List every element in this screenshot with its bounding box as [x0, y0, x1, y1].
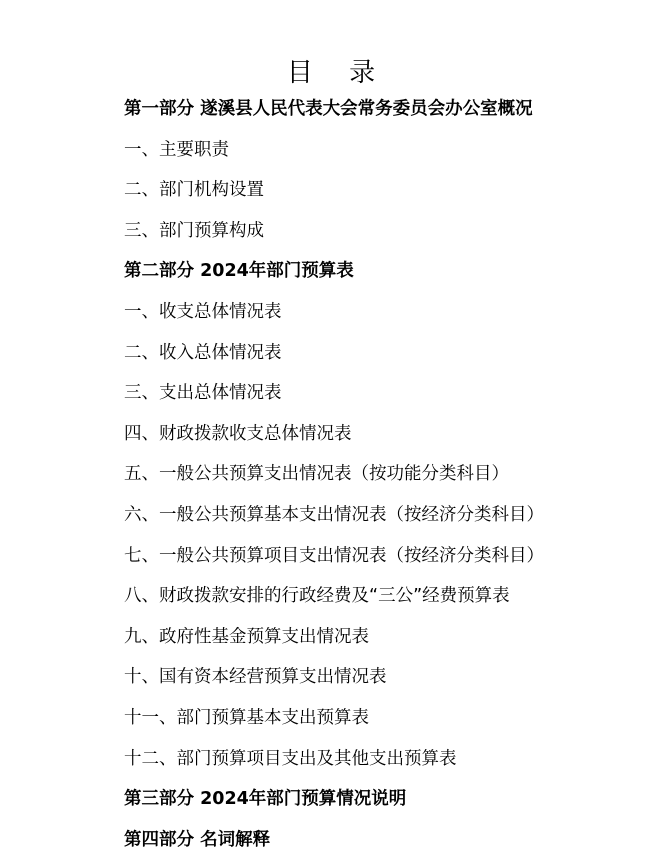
- toc-item: 九、政府性基金预算支出情况表: [124, 624, 544, 665]
- toc-part-2: 第二部分 2024年部门预算表: [124, 258, 544, 299]
- toc-item: 七、一般公共预算项目支出情况表（按经济分类科目）: [124, 543, 544, 584]
- toc-item: 十一、部门预算基本支出预算表: [124, 705, 544, 746]
- toc-item: 二、收入总体情况表: [124, 340, 544, 381]
- toc-item: 四、财政拨款收支总体情况表: [124, 421, 544, 462]
- toc-item: 十二、部门预算项目支出及其他支出预算表: [124, 746, 544, 787]
- toc-item: 三、支出总体情况表: [124, 380, 544, 421]
- toc-item: 十、国有资本经营预算支出情况表: [124, 664, 544, 705]
- toc-part-3: 第三部分 2024年部门预算情况说明: [124, 786, 544, 827]
- toc-item: 一、主要职责: [124, 137, 544, 178]
- toc-item: 八、财政拨款安排的行政经费及“三公”经费预算表: [124, 583, 544, 624]
- page-title: 目 录: [0, 55, 662, 91]
- table-of-contents: 第一部分 遂溪县人民代表大会常务委员会办公室概况 一、主要职责 二、部门机构设置…: [124, 96, 544, 863]
- toc-item: 五、一般公共预算支出情况表（按功能分类科目）: [124, 461, 544, 502]
- toc-part-4: 第四部分 名词解释: [124, 827, 544, 863]
- toc-item: 二、部门机构设置: [124, 177, 544, 218]
- toc-part-1: 第一部分 遂溪县人民代表大会常务委员会办公室概况: [124, 96, 544, 137]
- toc-item: 三、部门预算构成: [124, 218, 544, 259]
- toc-item: 六、一般公共预算基本支出情况表（按经济分类科目）: [124, 502, 544, 543]
- toc-item: 一、收支总体情况表: [124, 299, 544, 340]
